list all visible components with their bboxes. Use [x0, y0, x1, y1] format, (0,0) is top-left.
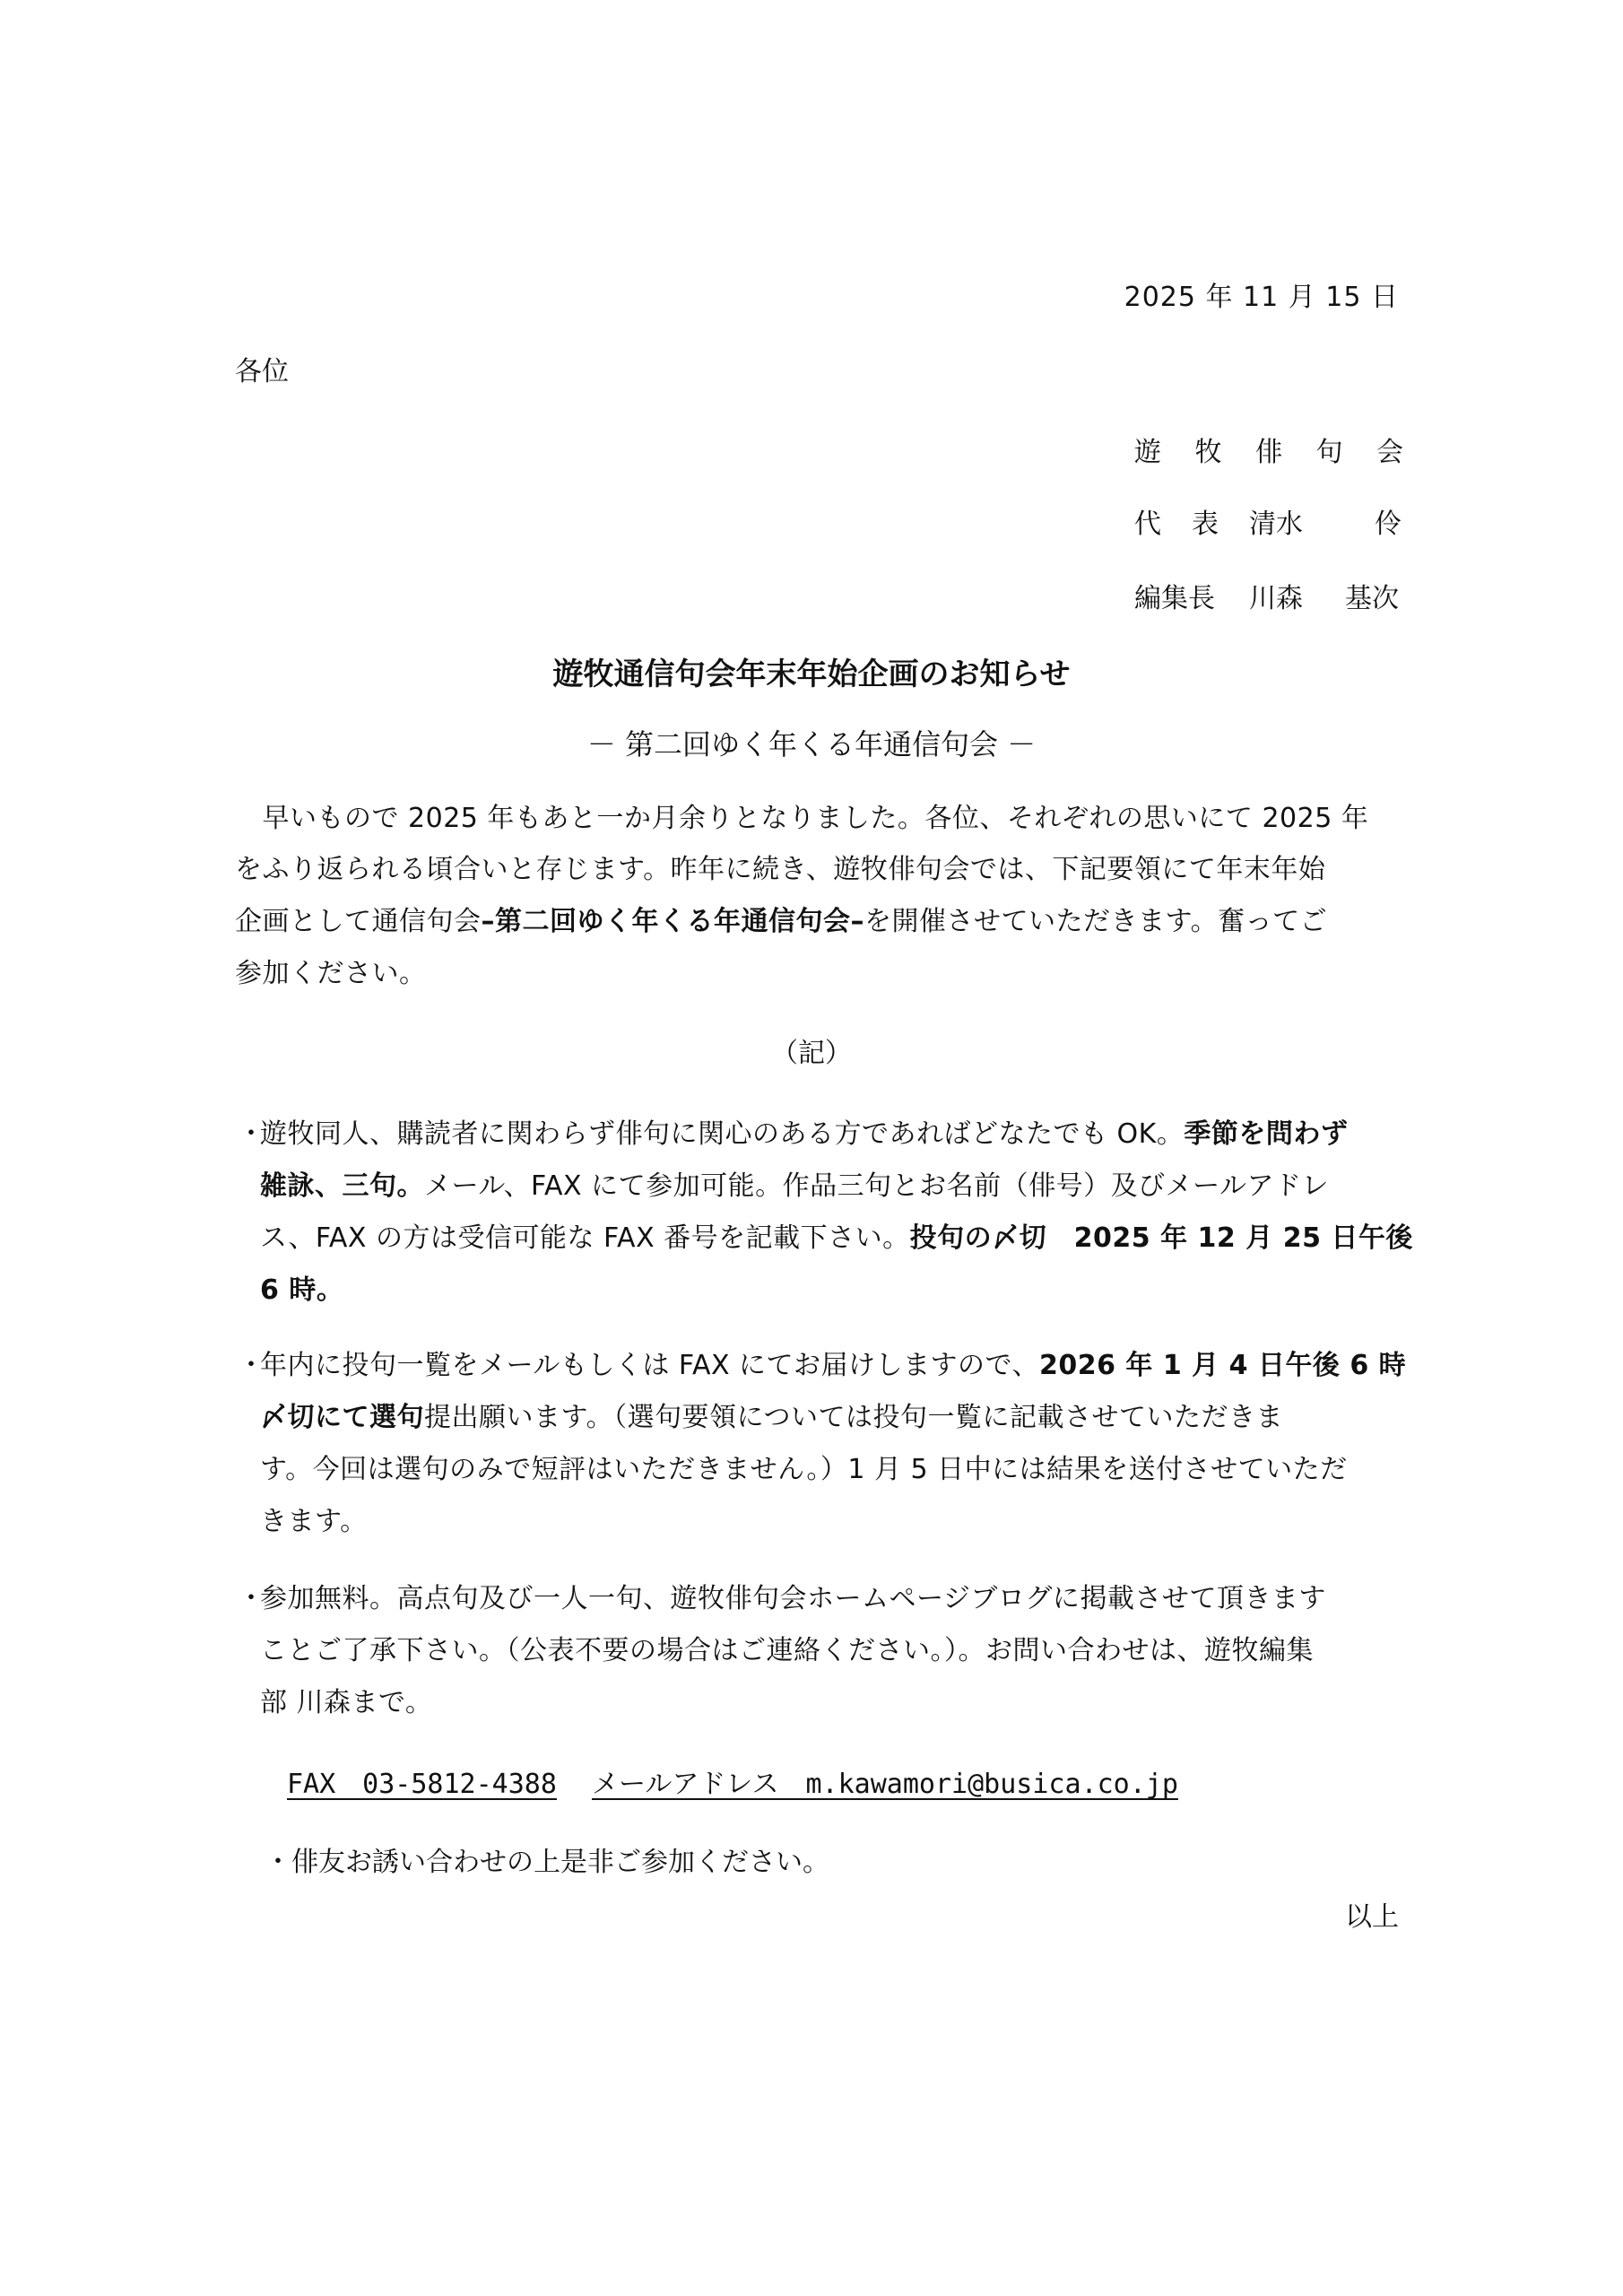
editor-given-name: 基次	[1345, 581, 1399, 617]
sender-org-char: 句	[1316, 435, 1343, 471]
sender-org-char: 遊	[1134, 435, 1161, 471]
intro-line-3-pre: 企画として通信句会	[235, 906, 482, 937]
fax-number: FAX 03-5812-4388	[287, 1769, 557, 1800]
intro-line-3: 企画として通信句会–第二回ゆく年くる年通信句会–を開催させていただきます。奮って…	[235, 904, 1401, 940]
bullet-1-text: メール、FAX にて参加可能。作品三句とお名前（俳号）及びメールアドレ	[424, 1170, 1329, 1202]
intro-line-1: 早いもので 2025 年もあと一か月余りとなりました。各位、それぞれの思いにて …	[235, 801, 1401, 837]
bullet-1-line-4: 6 時。	[260, 1273, 1403, 1309]
bullet-1-text: ス、FAX の方は受信可能な FAX 番号を記載下さい。	[260, 1222, 910, 1254]
contact-email[interactable]: メールアドレス m.kawamori@busica.co.jp	[592, 1767, 1178, 1803]
bullet-2-text: 提出願います。（選句要領については投句一覧に記載させていただきま	[424, 1402, 1283, 1433]
event-name-bold: –第二回ゆく年くる年通信句会–	[482, 906, 865, 937]
addressee: 各位	[235, 354, 289, 390]
editor-surname: 川森	[1249, 581, 1303, 617]
bullet-1-line-2: 雑詠、三句。メール、FAX にて参加可能。作品三句とお名前（俳号）及びメールアド…	[260, 1169, 1403, 1205]
rep-given-name: 伶	[1375, 507, 1402, 543]
bullet-2-line-2: 〆切にて選句提出願います。（選句要領については投句一覧に記載させていただきま	[260, 1400, 1403, 1436]
submission-deadline: 投句の〆切 2025 年 12 月 25 日午後	[910, 1222, 1413, 1254]
selection-deadline: 2026 年 1 月 4 日午後 6 時	[1039, 1350, 1406, 1381]
final-note: ・俳友お誘い合わせの上是非ご参加ください。	[265, 1845, 829, 1881]
contact-fax: FAX 03-5812-4388	[287, 1767, 557, 1803]
sender-org-char: 会	[1376, 435, 1403, 471]
bullet-2-bold: 〆切にて選句	[260, 1402, 424, 1433]
bullet-2-text: 年内に投句一覧をメールもしくは FAX にてお届けしますので、	[260, 1350, 1039, 1381]
rep-surname: 清水	[1249, 507, 1303, 543]
rep-label-1: 代	[1134, 507, 1161, 543]
bullet-3-line-1: 参加無料。高点句及び一人一句、遊牧俳句会ホームページブログに掲載させて頂きます	[260, 1581, 1403, 1617]
email-address-link[interactable]: メールアドレス m.kawamori@busica.co.jp	[592, 1769, 1178, 1800]
bullet-1-bold: 季節を問わず	[1184, 1118, 1348, 1150]
bullet-3-line-2: ことご了承下さい。（公表不要の場合はご連絡ください。）。お問い合わせは、遊牧編集	[260, 1633, 1403, 1669]
bullet-1-bold: 雑詠、三句。	[260, 1170, 424, 1202]
bullet-3-line-3: 部 川森まで。	[260, 1685, 1403, 1721]
editor-title: 編集長	[1134, 581, 1215, 617]
rep-label-2: 表	[1192, 507, 1219, 543]
bullet-1-line-3: ス、FAX の方は受信可能な FAX 番号を記載下さい。投句の〆切 2025 年…	[260, 1221, 1403, 1257]
sender-org-char: 俳	[1255, 435, 1282, 471]
document-page: 2025 年 11 月 15 日 各位 遊 牧 俳 句 会 代 表 清水 伶 編…	[0, 0, 1623, 2296]
closing-ijo: 以上	[1300, 1900, 1399, 1935]
bullet-2-line-1: 年内に投句一覧をメールもしくは FAX にてお届けしますので、2026 年 1 …	[260, 1348, 1403, 1384]
document-subtitle: － 第二回ゆく年くる年通信句会 －	[0, 726, 1623, 762]
document-title: 遊牧通信句会年末年始企画のお知らせ	[0, 657, 1623, 692]
bullet-1-text: 遊牧同人、購読者に関わらず俳句に関心のある方であればどなたでも OK。	[260, 1118, 1184, 1150]
bullet-1-line-1: 遊牧同人、購読者に関わらず俳句に関心のある方であればどなたでも OK。季節を問わ…	[260, 1117, 1403, 1152]
bullet-2-line-3: す。今回は選句のみで短評はいただきません。）1 月 5 日中には結果を送付させて…	[260, 1452, 1403, 1488]
bullet-2-line-4: きます。	[260, 1504, 1403, 1540]
document-date: 2025 年 11 月 15 日	[1076, 280, 1399, 316]
intro-line-3-post: を開催させていただきます。奮ってご	[864, 906, 1327, 937]
ki-marker: （記）	[0, 1036, 1623, 1072]
sender-org-char: 牧	[1195, 435, 1222, 471]
intro-line-2: をふり返られる頃合いと存じます。昨年に続き、遊牧俳句会では、下記要領にて年末年始	[235, 852, 1401, 888]
intro-line-4: 参加ください。	[235, 956, 1401, 992]
sender-organization: 遊 牧 俳 句 会	[1134, 435, 1403, 471]
